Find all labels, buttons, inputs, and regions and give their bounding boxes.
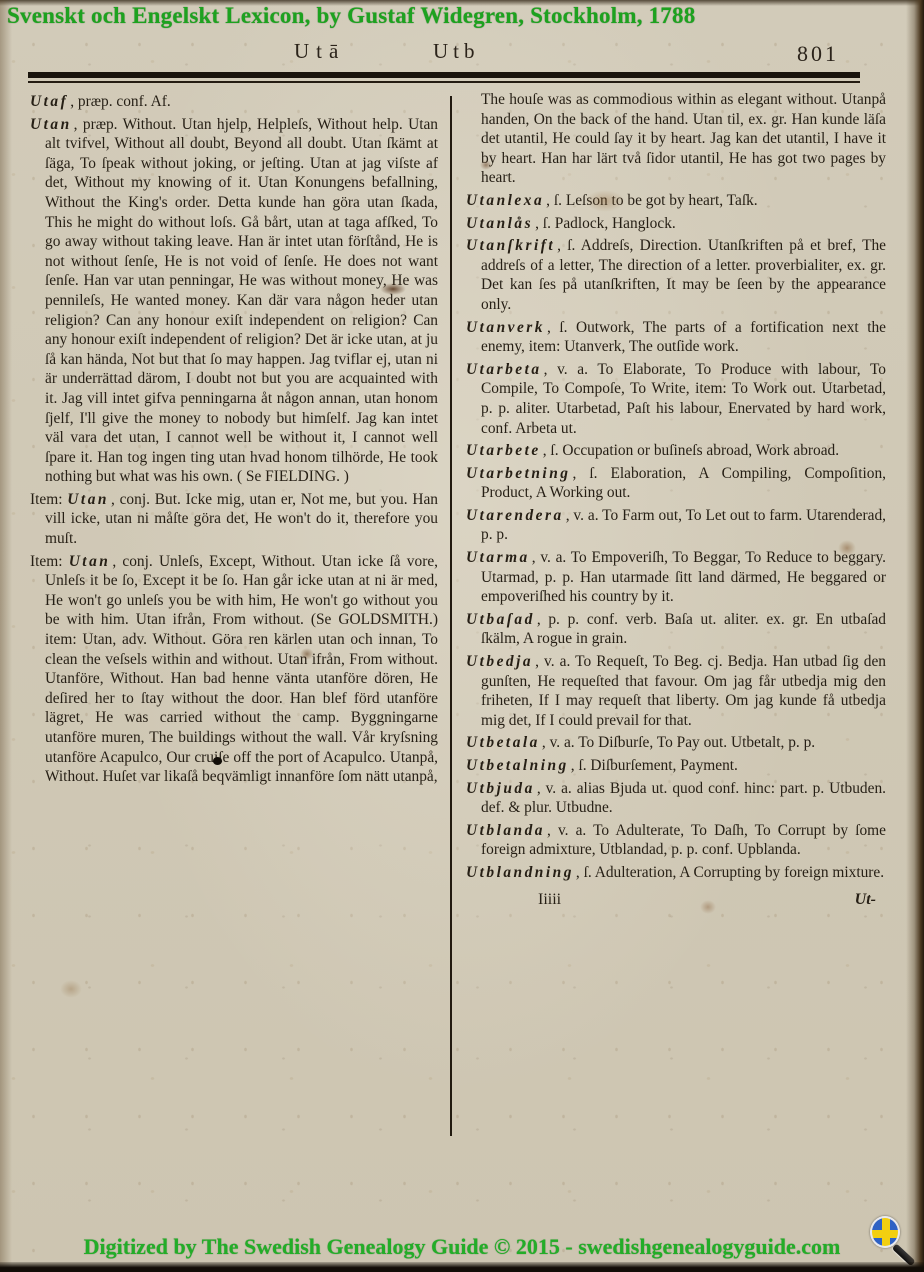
left-column: Utaf, præp. conf. Af.Utan, præp. Without…	[30, 92, 438, 790]
dictionary-entry: Utbedja, v. a. To Requeſt, To Beg. cj. B…	[466, 652, 886, 730]
dictionary-entry: Utarbetning, ſ. Elaboration, A Compiling…	[466, 464, 886, 503]
dictionary-entry: Utbetalning, ſ. Diſburſement, Payment.	[466, 756, 886, 776]
entry-headword: Utarbeta	[466, 361, 544, 378]
magnifier-handle	[892, 1243, 916, 1266]
entry-body: , v. a. To Empoveriſh, To Beggar, To Red…	[481, 549, 886, 605]
entry-headword: Utanlås	[466, 215, 535, 232]
entry-headword: Utanlexa	[466, 192, 546, 209]
entry-headword: Utarbete	[466, 442, 543, 459]
dictionary-entry: Utan, præp. Without. Utan hjelp, Helpleſ…	[30, 115, 438, 487]
page-edge-right	[906, 0, 924, 1272]
running-head-left: Utā	[294, 39, 345, 64]
dictionary-entry: Utblanda, v. a. To Adulterate, To Daſh, …	[466, 821, 886, 860]
entry-headword: Utanverk	[466, 319, 547, 336]
dictionary-entry: Utarma, v. a. To Empoveriſh, To Beggar, …	[466, 548, 886, 607]
dictionary-entry: Utarendera, v. a. To Farm out, To Let ou…	[466, 506, 886, 545]
header-double-rule	[28, 72, 860, 83]
entry-body: , ſ. Occupation or buſineſs abroad, Work…	[543, 442, 839, 459]
entry-body: , præp. Without. Utan hjelp, Helpleſs, W…	[45, 116, 438, 486]
entry-headword: Utarma	[466, 549, 532, 566]
stain	[60, 980, 82, 998]
entry-body: , ſ. Leſson to be got by heart, Taſk.	[546, 192, 758, 209]
entry-headword: Utan	[67, 491, 111, 508]
entry-body: , v. a. To Requeſt, To Beg. cj. Bedja. H…	[481, 653, 886, 729]
swedish-flag-lens	[870, 1216, 900, 1248]
running-head-right: Utb	[433, 39, 480, 64]
dictionary-entry: Utbjuda, v. a. alias Bjuda ut. quod conf…	[466, 779, 886, 818]
dictionary-entry: Utbaſad, p. p. conf. verb. Baſa ut. alit…	[466, 610, 886, 649]
entry-headword: Utaf	[30, 93, 70, 110]
entry-headword: Utblandning	[466, 864, 576, 881]
swedish-flag-magnifier-icon	[866, 1210, 924, 1270]
dictionary-entry: Utbetala, v. a. To Diſburſe, To Pay out.…	[466, 733, 886, 753]
entry-headword: Utbaſad	[466, 611, 537, 628]
page-number: 801	[797, 41, 839, 67]
entry-headword: Utan	[69, 553, 113, 570]
dictionary-entry: Utanlås, ſ. Padlock, Hanglock.	[466, 214, 886, 234]
signature-row: IiiiiUt-	[466, 886, 886, 910]
column-divider-rule	[450, 96, 452, 1136]
dictionary-entry: Item: Utan, conj. But. Icke mig, utan er…	[30, 490, 438, 549]
entry-item-prefix: Item:	[30, 553, 69, 570]
entry-headword: Utbedja	[466, 653, 535, 670]
page-edge-left	[0, 0, 12, 1272]
entry-body: , ſ. Adulteration, A Corrupting by forei…	[576, 864, 884, 881]
dictionary-entry: Utanlexa, ſ. Leſson to be got by heart, …	[466, 191, 886, 211]
scanned-dictionary-page: Svenskt och Engelskt Lexicon, by Gustaf …	[0, 0, 924, 1272]
entry-body: , v. a. To Diſburſe, To Pay out. Utbetal…	[542, 734, 815, 751]
dictionary-entry: Utanverk, ſ. Outwork, The parts of a for…	[466, 318, 886, 357]
entry-headword: Utbetala	[466, 734, 542, 751]
entry-body: , conj. Unleſs, Except, Without. Utan ic…	[45, 553, 438, 786]
entry-body: , præp. conf. Af.	[70, 93, 170, 110]
catchword: Ut-	[855, 890, 876, 910]
entry-headword: Utanſkrift	[466, 237, 557, 254]
digitizer-title-watermark: Svenskt och Engelskt Lexicon, by Gustaf …	[7, 3, 695, 29]
entry-item-prefix: Item:	[30, 491, 67, 508]
dictionary-entry: Utarbeta, v. a. To Elaborate, To Produce…	[466, 360, 886, 438]
entry-headword: Utbetalning	[466, 757, 571, 774]
entry-headword: Utbjuda	[466, 780, 537, 797]
entry-body: The houſe was as commodious within as el…	[481, 91, 886, 186]
entry-headword: Utan	[30, 116, 74, 133]
entry-headword: Utarendera	[466, 507, 566, 524]
entry-headword: Utblanda	[466, 822, 547, 839]
dictionary-entry: Utanſkrift, ſ. Addreſs, Direction. Utanſ…	[466, 236, 886, 314]
entry-body: , p. p. conf. verb. Baſa ut. aliter. ex.…	[481, 611, 886, 648]
dictionary-entry: Item: Utan, conj. Unleſs, Except, Withou…	[30, 552, 438, 787]
digitizer-footer-credit: Digitized by The Swedish Genealogy Guide…	[0, 1234, 924, 1260]
dictionary-entry: The houſe was as commodious within as el…	[466, 90, 886, 188]
right-column: The houſe was as commodious within as el…	[466, 90, 886, 909]
printers-signature: Iiiii	[538, 890, 561, 910]
dictionary-entry: Utarbete, ſ. Occupation or buſineſs abro…	[466, 441, 886, 461]
entry-body: , v. a. alias Bjuda ut. quod conf. hinc:…	[481, 780, 886, 817]
entry-headword: Utarbetning	[466, 465, 572, 482]
page-edge-bottom	[0, 1262, 924, 1272]
entry-body: , ſ. Diſburſement, Payment.	[571, 757, 738, 774]
entry-body: , ſ. Padlock, Hanglock.	[535, 215, 676, 232]
dictionary-entry: Utblandning, ſ. Adulteration, A Corrupti…	[466, 863, 886, 883]
dictionary-entry: Utaf, præp. conf. Af.	[30, 92, 438, 112]
